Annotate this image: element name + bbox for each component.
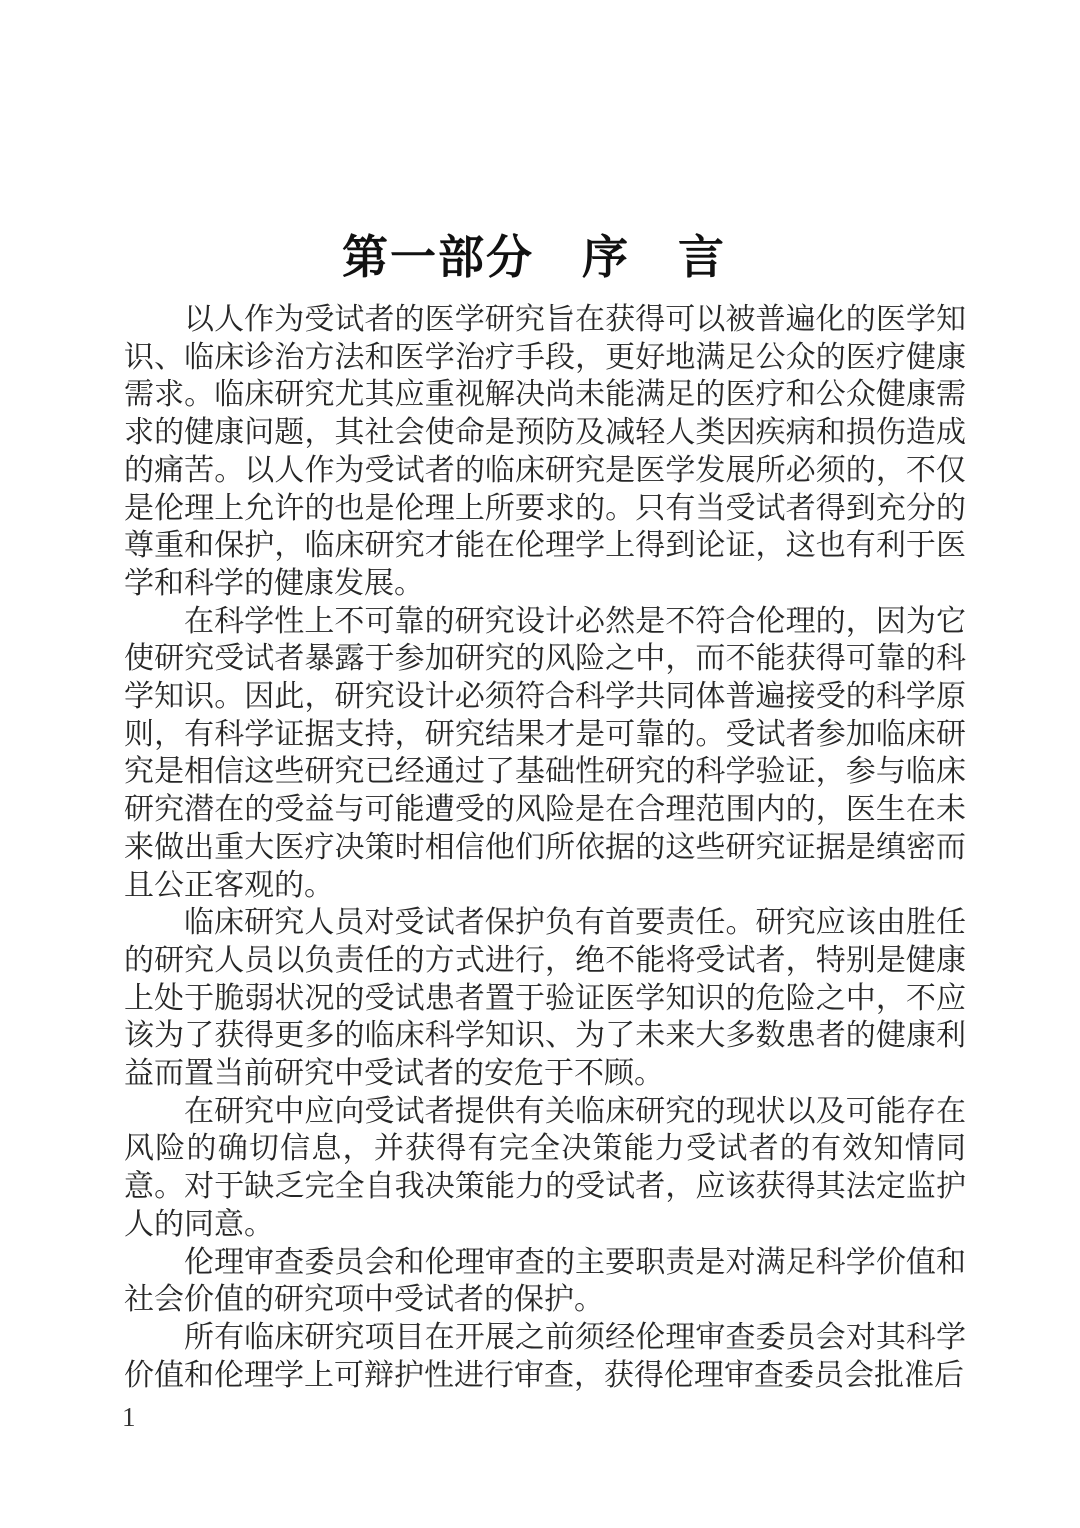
document-page: 第一部分 序 言 以人作为受试者的医学研究旨在获得可以被普遍化的医学知识、临床诊… [0,0,1080,1528]
page-number: 1 [122,1400,136,1434]
paragraph: 在研究中应向受试者提供有关临床研究的现状以及可能存在风险的确切信息，并获得有完全… [124,1093,966,1244]
document-body: 以人作为受试者的医学研究旨在获得可以被普遍化的医学知识、临床诊治方法和医学治疗手… [124,301,966,1394]
paragraph: 伦理审查委员会和伦理审查的主要职责是对满足科学价值和社会价值的研究项中受试者的保… [124,1244,966,1319]
paragraph: 在科学性上不可靠的研究设计必然是不符合伦理的，因为它使研究受试者暴露于参加研究的… [124,603,966,905]
paragraph: 所有临床研究项目在开展之前须经伦理审查委员会对其科学价值和伦理学上可辩护性进行审… [124,1319,966,1394]
page-title: 第一部分 序 言 [0,221,1068,287]
paragraph: 以人作为受试者的医学研究旨在获得可以被普遍化的医学知识、临床诊治方法和医学治疗手… [124,301,966,603]
paragraph: 临床研究人员对受试者保护负有首要责任。研究应该由胜任的研究人员以负责任的方式进行… [124,904,966,1093]
